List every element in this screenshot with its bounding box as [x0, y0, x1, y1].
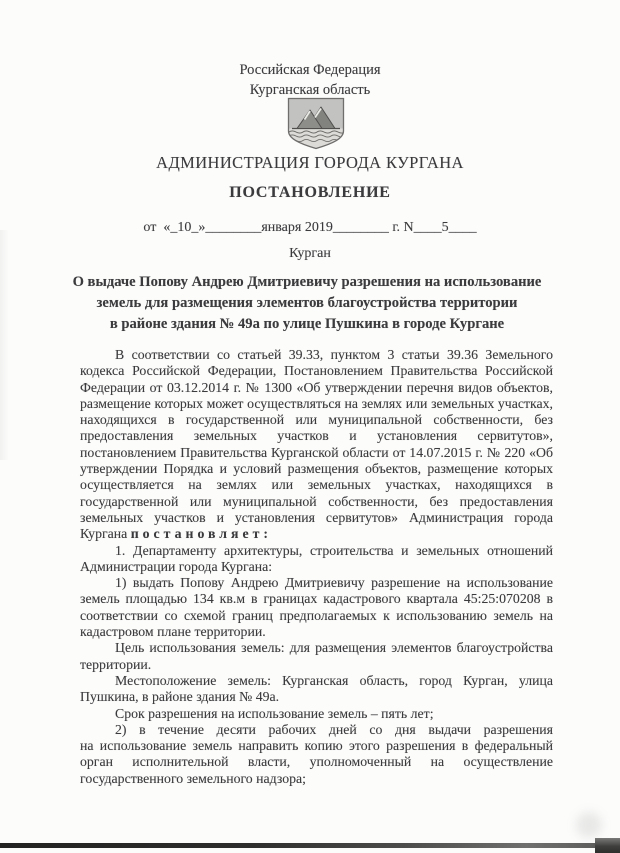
paragraph-preamble: В соответствии со статьей 39.33, пунктом…	[80, 347, 553, 543]
title-line: в районе здания № 49а по улице Пушкина в…	[68, 314, 546, 335]
paragraph-purpose: Цель использования земель: для размещени…	[80, 640, 553, 673]
scan-edge-artifact	[0, 843, 620, 848]
scan-edge-shading	[0, 230, 9, 460]
place-line: Курган	[0, 246, 620, 262]
title-line: земель для размещения элементов благоуст…	[68, 293, 546, 314]
paragraph-text: В соответствии со статьей 39.33, пунктом…	[80, 347, 553, 541]
coat-of-arms-icon	[286, 97, 346, 155]
paragraph-subitem-2: 2) в течение десяти рабочих дней со дня …	[80, 722, 553, 787]
paragraph-text: Срок разрешения на использование земель …	[115, 706, 434, 721]
paragraph-item-1: 1. Департаменту архитектуры, строительст…	[80, 543, 553, 576]
date-number-line: от «_10_»________января 2019________ г. …	[0, 220, 620, 236]
document-type-heading: ПОСТАНОВЛЕНИЕ	[0, 184, 620, 202]
paragraph-text: Цель использования земель: для размещени…	[80, 640, 553, 671]
header-country: Российская Федерация	[0, 62, 620, 79]
paragraph-term: Срок разрешения на использование земель …	[80, 706, 553, 722]
document-title: О выдаче Попову Андрею Дмитриевичу разре…	[68, 272, 546, 335]
paragraph-text: Местоположение земель: Курганская област…	[80, 673, 553, 704]
scan-corner-artifact	[595, 838, 620, 853]
paragraph-location: Местоположение земель: Курганская област…	[80, 673, 553, 706]
document-page: Российская Федерация Курганская область	[0, 0, 620, 853]
scan-smudge	[576, 812, 602, 838]
paragraph-text: 2) в течение десяти рабочих дней со дня …	[80, 722, 553, 786]
paragraph-text: 1. Департаменту архитектуры, строительст…	[80, 543, 553, 574]
document-body: В соответствии со статьей 39.33, пунктом…	[80, 347, 553, 787]
authority-name: АДМИНИСТРАЦИЯ ГОРОДА КУРГАНА	[0, 153, 620, 173]
paragraph-subitem-1: 1) выдать Попову Андрею Дмитриевичу разр…	[80, 575, 553, 640]
title-line: О выдаче Попову Андрею Дмитриевичу разре…	[68, 272, 546, 293]
resolution-verb: постановляет:	[131, 526, 272, 541]
paragraph-text: 1) выдать Попову Андрею Дмитриевичу разр…	[80, 575, 553, 639]
